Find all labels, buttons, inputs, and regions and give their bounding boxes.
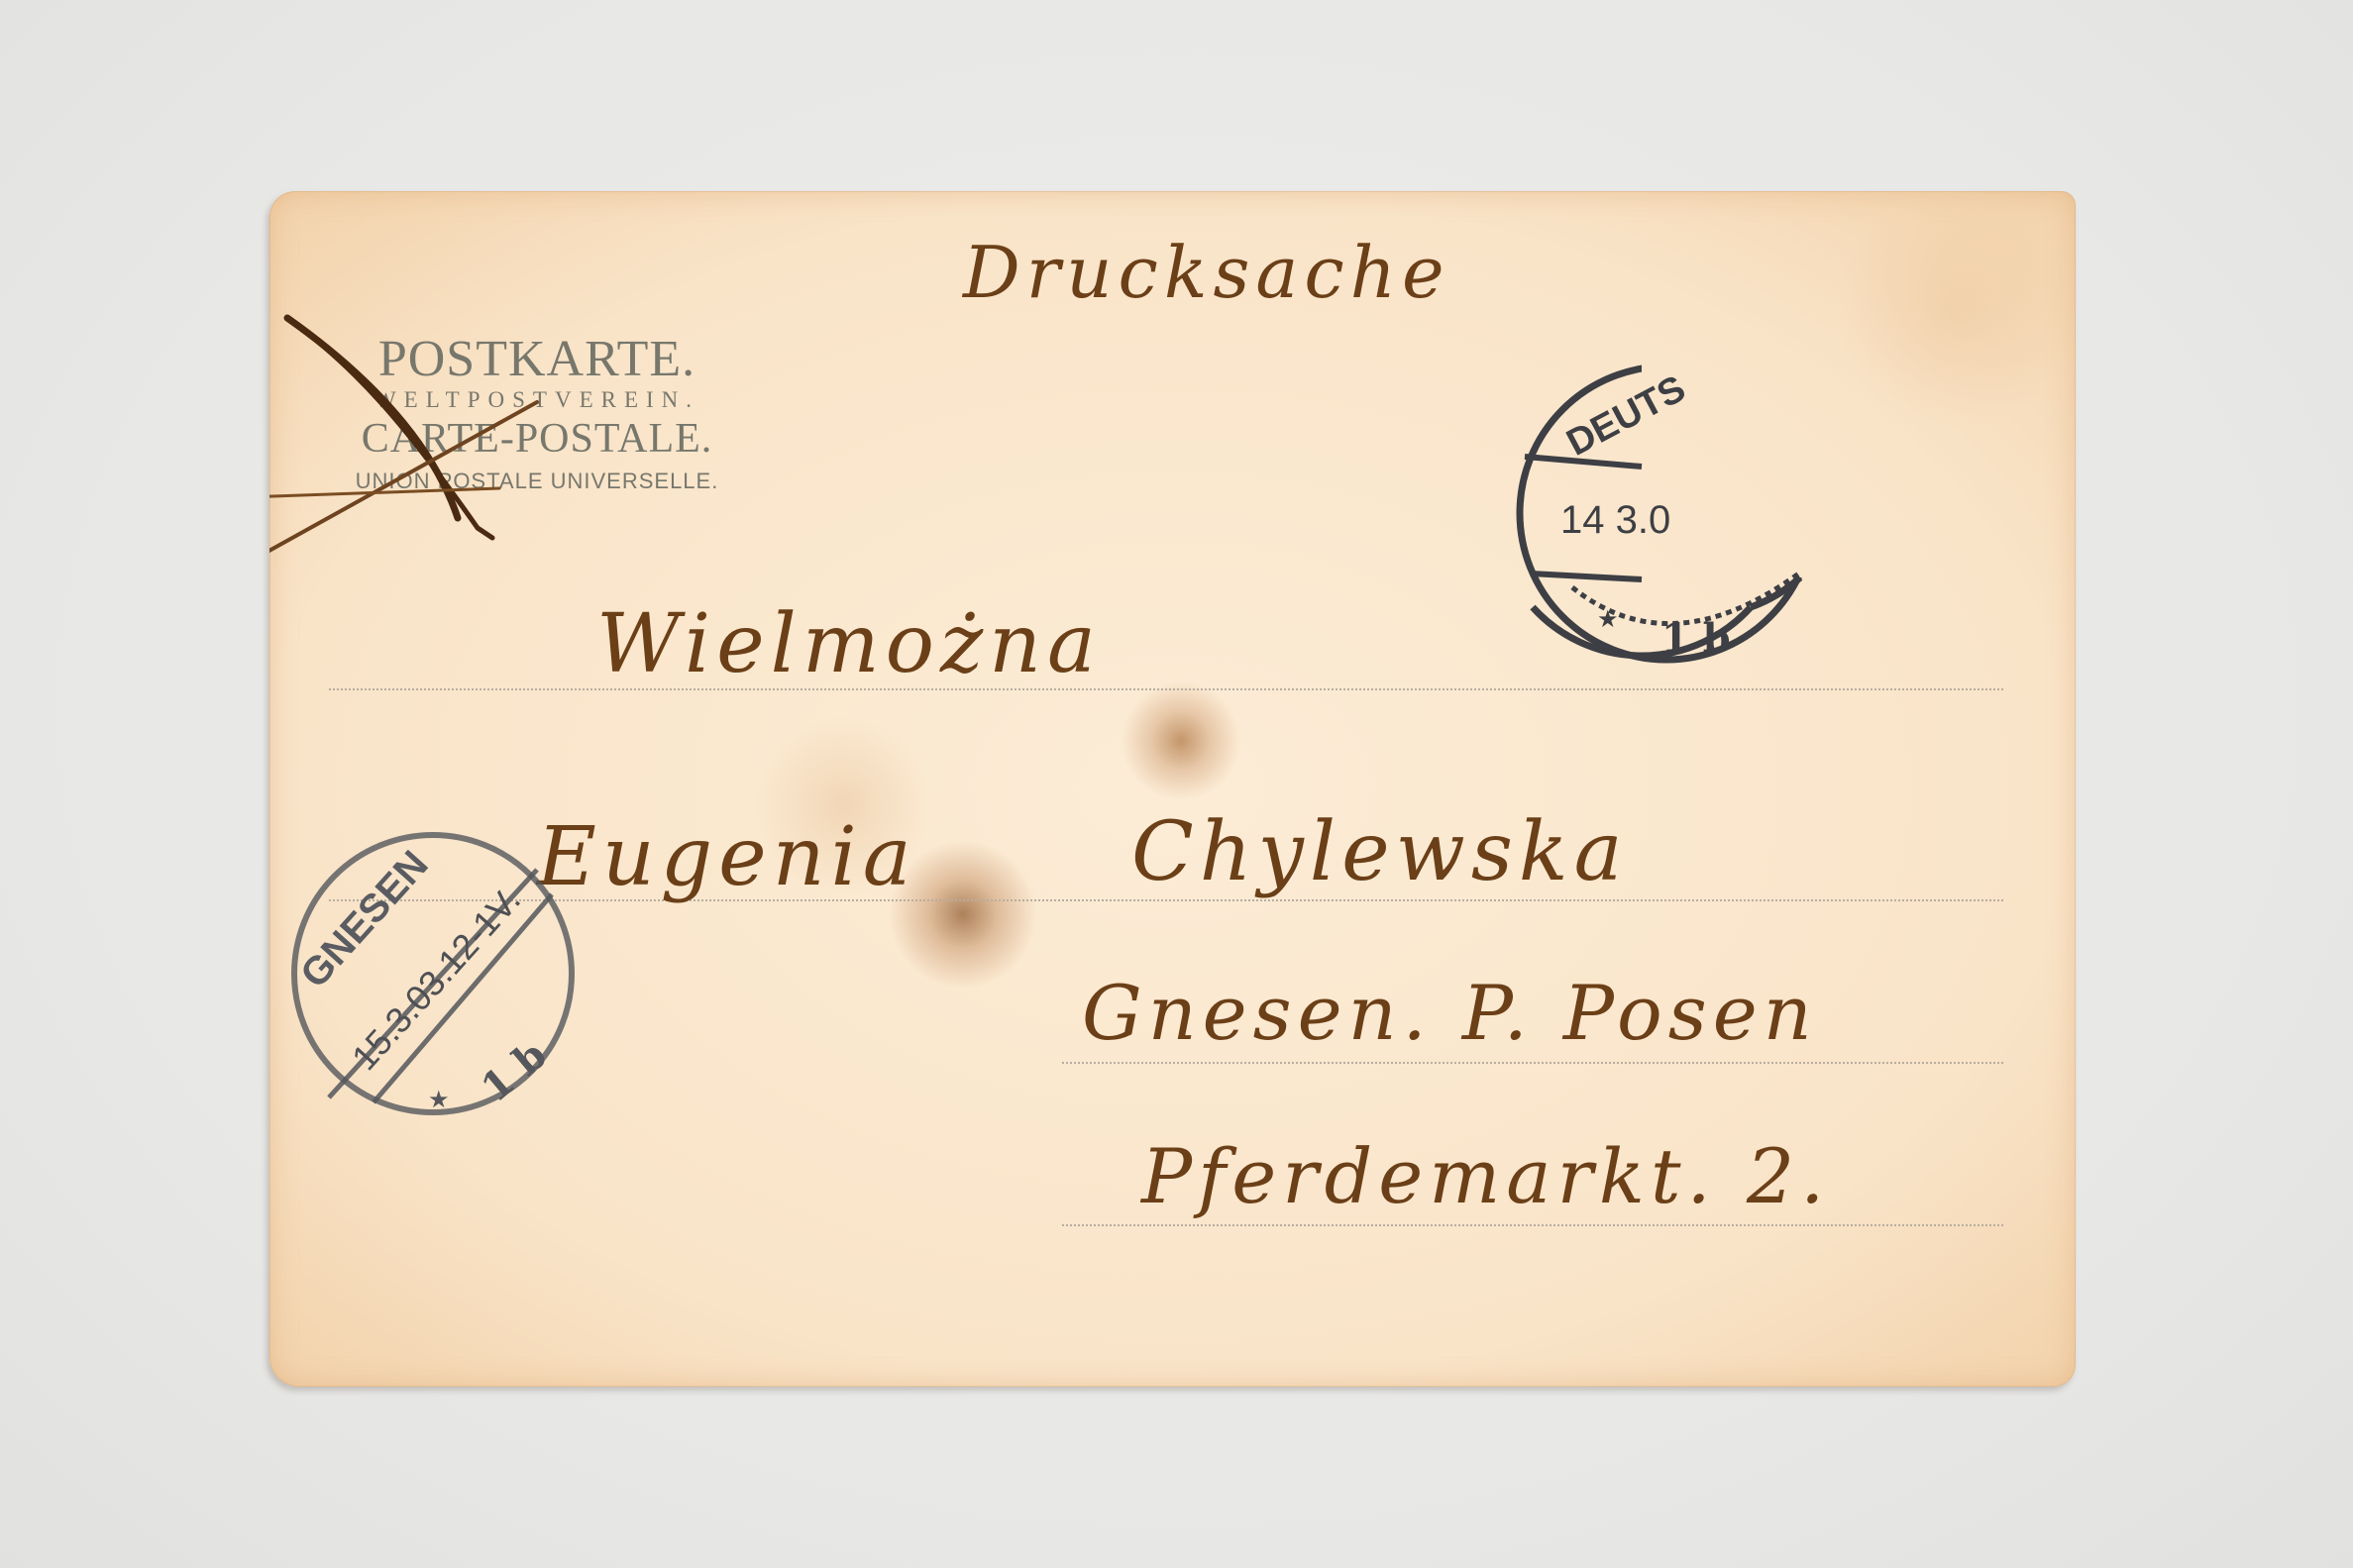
- deutsch-postmark-date: 14 3.0: [1560, 498, 1670, 542]
- address-line-3: [1062, 1062, 2003, 1064]
- address-surname: Chylewska: [1131, 805, 1628, 899]
- address-street: Pferdemarkt. 2.: [1141, 1132, 1830, 1220]
- union-postale-text: UNION POSTALE UNIVERSELLE.: [329, 469, 745, 494]
- carte-postale-text: CARTE-POSTALE.: [329, 415, 745, 463]
- drucksache-label: Drucksache: [963, 231, 1450, 314]
- deutsch-postmark-star: ★: [1597, 605, 1619, 633]
- address-line-1: [329, 688, 2003, 690]
- address-salutation: Wielmożna: [596, 597, 1102, 691]
- gnesen-postmark: GNESEN 15.3.03.12-1V. ★ 1 b: [235, 776, 631, 1172]
- postcard: POSTKARTE. WELTPOSTVEREIN. CARTE-POSTALE…: [269, 191, 2076, 1387]
- address-line-4: [1062, 1224, 2003, 1226]
- gnesen-postmark-star: ★: [428, 1086, 450, 1113]
- deutsch-postmark: DEUTS 14 3.0 ★ 1 b: [1503, 350, 1830, 677]
- postkarte-title: POSTKARTE.: [329, 330, 745, 388]
- address-city: Gnesen. P. Posen: [1082, 969, 1818, 1057]
- deutsch-postmark-bottom: 1 b: [1661, 615, 1731, 662]
- deutsch-postmark-top: DEUTS: [1560, 367, 1692, 465]
- weltpostverein-text: WELTPOSTVEREIN.: [329, 387, 745, 413]
